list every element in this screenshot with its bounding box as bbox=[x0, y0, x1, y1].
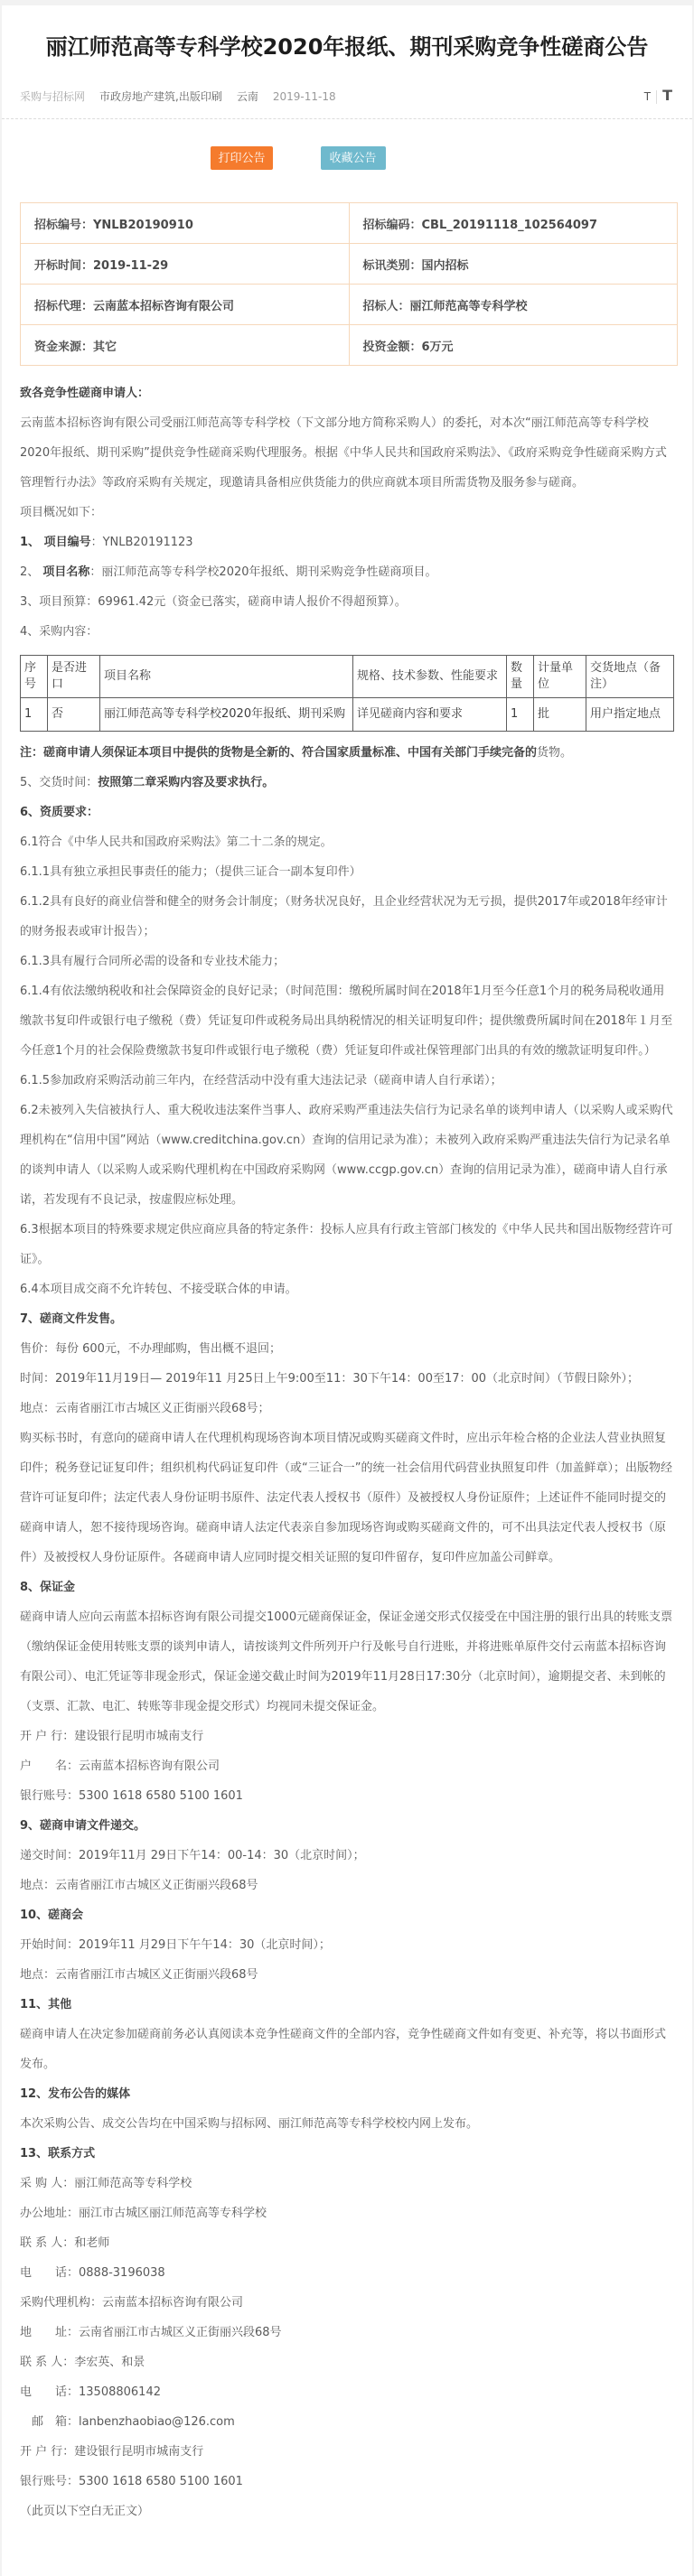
paragraph-text: 4、采购内容： bbox=[20, 625, 98, 639]
info-table-row: 开标时间：2019-11-29标讯类别：国内招标 bbox=[21, 244, 678, 285]
paragraph-text: 3、项目预算：69961.42元（资金已落实，磋商申请人报价不得超预算）。 bbox=[20, 595, 407, 609]
paragraph-text: 地点：云南省丽江市古城区义正街丽兴段68号 bbox=[20, 1879, 258, 1892]
breadcrumb-item[interactable]: 市政房地产建筑,出版印刷 bbox=[99, 90, 222, 103]
info-table-cell: 招标编码：CBL_20191118_102564097 bbox=[349, 203, 678, 244]
body-paragraph: 6.1.2具有良好的商业信誉和健全的财务会计制度；（财务状况良好，且企业经营状况… bbox=[20, 887, 674, 947]
paragraph-text: 6.3根据本项目的特殊要求规定供应商应具备的特定条件：投标人应具有行政主管部门核… bbox=[20, 1223, 673, 1266]
actions-wrap: 打印公告 收藏公告 bbox=[2, 146, 595, 170]
body-paragraph: 开 户 行：建设银行昆明市城南支行 bbox=[20, 1722, 674, 1751]
purchase-table-header-cell: 序号 bbox=[21, 656, 48, 698]
paragraph-bold-text: 10、磋商会 bbox=[20, 1909, 83, 1922]
page-title: 丽江师范高等专科学校2020年报纸、期刊采购竞争性磋商公告 bbox=[20, 33, 674, 61]
font-size-toggle: T T bbox=[644, 87, 672, 104]
info-cell-label: 招标编号： bbox=[34, 219, 93, 232]
paragraph-text: 地点：云南省丽江市古城区义正街丽兴段68号； bbox=[20, 1402, 270, 1415]
body-paragraph: 1、 项目编号：YNLB20191123 bbox=[20, 527, 674, 557]
paragraph-text: 售价：每份 600元，不办理邮购，售出概不退回； bbox=[20, 1342, 281, 1356]
body-paragraph: 采购代理机构：云南蓝本招标咨询有限公司 bbox=[20, 2288, 674, 2318]
paragraph-text: 6.2未被列入失信被执行人、重大税收违法案件当事人、政府采购严重违法失信行为记录… bbox=[20, 1104, 673, 1207]
body-paragraph: 6.1.3具有履行合同所必需的设备和专业技术能力； bbox=[20, 947, 674, 976]
paragraph-text: ：丽江师范高等专科学校2020年报纸、期刊采购竞争性磋商项目。 bbox=[89, 565, 436, 579]
purchase-table-cell: 1 bbox=[21, 698, 48, 732]
purchase-table-header-cell: 计量单位 bbox=[534, 656, 586, 698]
body-paragraph: 6.3根据本项目的特殊要求规定供应商应具备的特定条件：投标人应具有行政主管部门核… bbox=[20, 1215, 674, 1274]
body-paragraph: 联 系 人：李宏英、和景 bbox=[20, 2347, 674, 2377]
paragraph-text: 电 话：0888-3196038 bbox=[20, 2266, 165, 2280]
font-size-small-button[interactable]: T bbox=[644, 90, 657, 104]
purchase-table-header-cell: 数量 bbox=[507, 656, 534, 698]
info-cell-value: 6万元 bbox=[422, 341, 454, 354]
body-paragraph: 邮 箱：lanbenzhaobiao@126.com bbox=[20, 2407, 674, 2437]
info-table-body: 招标编号：YNLB20190910招标编码：CBL_20191118_10256… bbox=[21, 203, 678, 366]
purchase-table-cell: 否 bbox=[48, 698, 100, 732]
body-paragraph: 10、磋商会 bbox=[20, 1900, 674, 1930]
paragraph-bold-text: 注：磋商申请人须保证本项目中提供的货物是全新的、符合国家质量标准、中国有关部门手… bbox=[20, 746, 537, 760]
info-cell-label: 投资金额： bbox=[363, 341, 422, 354]
body-paragraph: 地点：云南省丽江市古城区义正街丽兴段68号 bbox=[20, 1960, 674, 1990]
body-paragraph: 6.2未被列入失信被执行人、重大税收违法案件当事人、政府采购严重违法失信行为记录… bbox=[20, 1096, 674, 1215]
breadcrumb-item[interactable]: 采购与招标网 bbox=[20, 90, 85, 103]
paragraph-text: 云南蓝本招标咨询有限公司受丽江师范高等专科学校（下文部分地方简称采购人）的委托，… bbox=[20, 416, 667, 490]
info-table-cell: 招标代理：云南蓝本招标咨询有限公司 bbox=[21, 285, 350, 325]
info-cell-value: CBL_20191118_102564097 bbox=[422, 219, 598, 232]
body-paragraph: 注：磋商申请人须保证本项目中提供的货物是全新的、符合国家质量标准、中国有关部门手… bbox=[20, 738, 674, 768]
paragraph-text: （此页以下空白无正文） bbox=[20, 2505, 149, 2518]
purchase-table-cell: 1 bbox=[507, 698, 534, 732]
info-table-cell: 资金来源：其它 bbox=[21, 325, 350, 366]
page-header: 丽江师范高等专科学校2020年报纸、期刊采购竞争性磋商公告 采购与招标网市政房地… bbox=[2, 5, 692, 119]
paragraph-bold-text: 11、其他 bbox=[20, 1998, 71, 2011]
body-paragraph: 购买标书时，有意向的磋商申请人在代理机构现场咨询本项目情况或购买磋商文件时，应出… bbox=[20, 1423, 674, 1573]
info-cell-value: 其它 bbox=[93, 341, 117, 354]
paragraph-text: 开 户 行：建设银行昆明市城南支行 bbox=[20, 2445, 203, 2459]
paragraph-text: 6.1.2具有良好的商业信誉和健全的财务会计制度；（财务状况良好，且企业经营状况… bbox=[20, 895, 668, 938]
body-paragraph: 13、联系方式 bbox=[20, 2139, 674, 2169]
paragraph-bold-text: 13、联系方式 bbox=[20, 2147, 95, 2161]
announcement-page: 丽江师范高等专科学校2020年报纸、期刊采购竞争性磋商公告 采购与招标网市政房地… bbox=[2, 5, 692, 2576]
body-paragraph: 6.1符合《中华人民共和国政府采购法》第二十二条的规定。 bbox=[20, 827, 674, 857]
body-paragraph: 办公地址：丽江市古城区丽江师范高等专科学校 bbox=[20, 2198, 674, 2228]
paragraph-text: 6.4本项目成交商不允许转包、不接受联合体的申请。 bbox=[20, 1283, 297, 1296]
paragraph-bold-text: 1、 项目编号 bbox=[20, 536, 91, 549]
body-paragraph: 项目概况如下： bbox=[20, 498, 674, 527]
paragraph-text: 2、 bbox=[20, 565, 42, 579]
paragraph-text: 本次采购公告、成交公告均在中国采购与招标网、丽江师范高等专科学校校内网上发布。 bbox=[20, 2117, 478, 2131]
body-paragraph: 6.1.5参加政府采购活动前三年内，在经营活动中没有重大违法记录（磋商申请人自行… bbox=[20, 1066, 674, 1096]
body-paragraph: 采 购 人：丽江师范高等专科学校 bbox=[20, 2169, 674, 2198]
info-cell-value: YNLB20190910 bbox=[93, 219, 193, 232]
paragraph-text: 办公地址：丽江市古城区丽江师范高等专科学校 bbox=[20, 2207, 267, 2220]
info-cell-label: 标讯类别： bbox=[363, 259, 422, 273]
info-cell-label: 招标人： bbox=[363, 300, 410, 313]
body-paragraph: 磋商申请人在决定参加磋商前务必认真阅读本竞争性磋商文件的全部内容，竞争性磋商文件… bbox=[20, 2020, 674, 2079]
purchase-table-cell: 用户指定地点 bbox=[586, 698, 674, 732]
paragraph-bold-text: 9、磋商申请文件递交。 bbox=[20, 1819, 145, 1833]
body-paragraph: 电 话：0888-3196038 bbox=[20, 2258, 674, 2288]
purchase-table-cell: 详见磋商内容和要求 bbox=[353, 698, 507, 732]
body-paragraph: 8、保证金 bbox=[20, 1573, 674, 1602]
body-paragraph: 开 户 行：建设银行昆明市城南支行 bbox=[20, 2437, 674, 2467]
info-cell-label: 招标代理： bbox=[34, 300, 93, 313]
print-announcement-button[interactable]: 打印公告 bbox=[211, 146, 272, 170]
purchase-table-cell: 丽江师范高等专科学校2020年报纸、期刊采购 bbox=[100, 698, 353, 732]
info-cell-value: 云南蓝本招标咨询有限公司 bbox=[93, 300, 234, 313]
meta-row: 采购与招标网市政房地产建筑,出版印刷云南2019-11-18 T T bbox=[20, 89, 674, 104]
tender-info-table: 招标编号：YNLB20190910招标编码：CBL_20191118_10256… bbox=[20, 202, 678, 366]
purchase-content-table: 序号是否进口项目名称规格、技术参数、性能要求数量计量单位交货地点（备注）1否丽江… bbox=[20, 655, 674, 732]
body-paragraph: 6.1.1具有独立承担民事责任的能力；（提供三证合一副本复印件） bbox=[20, 857, 674, 887]
body-paragraph: 户 名：云南蓝本招标咨询有限公司 bbox=[20, 1751, 674, 1781]
info-table-cell: 投资金额：6万元 bbox=[349, 325, 678, 366]
paragraph-text: 5、交货时间： bbox=[20, 776, 98, 789]
body-paragraph: 磋商申请人应向云南蓝本招标咨询有限公司提交1000元磋商保证金，保证金递交形式仅… bbox=[20, 1602, 674, 1722]
paragraph-text: 购买标书时，有意向的磋商申请人在代理机构现场咨询本项目情况或购买磋商文件时，应出… bbox=[20, 1432, 672, 1564]
bookmark-announcement-button[interactable]: 收藏公告 bbox=[321, 146, 386, 170]
paragraph-text: 地点：云南省丽江市古城区义正街丽兴段68号 bbox=[20, 1968, 258, 1982]
paragraph-bold-text: 7、磋商文件发售。 bbox=[20, 1312, 122, 1326]
paragraph-text: 户 名：云南蓝本招标咨询有限公司 bbox=[20, 1759, 220, 1773]
body-paragraph: 银行账号：5300 1618 6580 5100 1601 bbox=[20, 1781, 674, 1811]
paragraph-text: 采购代理机构：云南蓝本招标咨询有限公司 bbox=[20, 2296, 243, 2310]
info-table-row: 招标编号：YNLB20190910招标编码：CBL_20191118_10256… bbox=[21, 203, 678, 244]
info-cell-label: 招标编码： bbox=[363, 219, 422, 232]
body-paragraph: （此页以下空白无正文） bbox=[20, 2497, 674, 2526]
paragraph-text: 开始时间：2019年11 月29日下午午14：30（北京时间）； bbox=[20, 1938, 331, 1952]
info-table-cell: 标讯类别：国内招标 bbox=[349, 244, 678, 285]
body-paragraph: 6.1.4有依法缴纳税收和社会保障资金的良好记录；（时间范围：缴税所属时间在20… bbox=[20, 976, 674, 1066]
info-table-cell: 开标时间：2019-11-29 bbox=[21, 244, 350, 285]
paragraph-bold-text: 按照第二章采购内容及要求执行。 bbox=[98, 776, 274, 789]
info-table-row: 招标代理：云南蓝本招标咨询有限公司招标人：丽江师范高等专科学校 bbox=[21, 285, 678, 325]
paragraph-text: 递交时间：2019年11月 29日下午14：00-14：30（北京时间）； bbox=[20, 1849, 365, 1862]
body-paragraph: 地点：云南省丽江市古城区义正街丽兴段68号； bbox=[20, 1394, 674, 1423]
paragraph-text: 联 系 人：和老师 bbox=[20, 2236, 109, 2250]
info-cell-label: 资金来源： bbox=[34, 341, 93, 354]
breadcrumb-item: 2019-11-18 bbox=[273, 90, 336, 103]
paragraph-text: 6.1.5参加政府采购活动前三年内，在经营活动中没有重大违法记录（磋商申请人自行… bbox=[20, 1074, 502, 1087]
body-paragraph: 6、资质要求： bbox=[20, 798, 674, 827]
paragraph-text: 邮 箱：lanbenzhaobiao@126.com bbox=[20, 2415, 235, 2429]
body-paragraph: 电 话：13508806142 bbox=[20, 2377, 674, 2407]
purchase-table-header-cell: 项目名称 bbox=[100, 656, 353, 698]
paragraph-bold-text: 项目名称 bbox=[42, 565, 89, 579]
info-cell-value: 丽江师范高等专科学校 bbox=[410, 300, 528, 313]
body-paragraph: 7、磋商文件发售。 bbox=[20, 1304, 674, 1334]
purchase-table-header-row: 序号是否进口项目名称规格、技术参数、性能要求数量计量单位交货地点（备注） bbox=[21, 656, 674, 698]
body-paragraph: 售价：每份 600元，不办理邮购，售出概不退回； bbox=[20, 1334, 674, 1364]
body-paragraph: 地 址：云南省丽江市古城区义正街丽兴段68号 bbox=[20, 2318, 674, 2347]
info-table-cell: 招标编号：YNLB20190910 bbox=[21, 203, 350, 244]
body-paragraph: 云南蓝本招标咨询有限公司受丽江师范高等专科学校（下文部分地方简称采购人）的委托，… bbox=[20, 408, 674, 498]
paragraph-text: 采 购 人：丽江师范高等专科学校 bbox=[20, 2177, 192, 2190]
breadcrumb-item[interactable]: 云南 bbox=[237, 90, 258, 103]
info-cell-value: 2019-11-29 bbox=[93, 259, 168, 273]
body-paragraph: 3、项目预算：69961.42元（资金已落实，磋商申请人报价不得超预算）。 bbox=[20, 587, 674, 617]
paragraph-text: 磋商申请人应向云南蓝本招标咨询有限公司提交1000元磋商保证金，保证金递交形式仅… bbox=[20, 1610, 672, 1713]
breadcrumb: 采购与招标网市政房地产建筑,出版印刷云南2019-11-18 bbox=[20, 89, 351, 104]
purchase-table-header-cell: 规格、技术参数、性能要求 bbox=[353, 656, 507, 698]
paragraph-text: 银行账号：5300 1618 6580 5100 1601 bbox=[20, 1789, 243, 1803]
paragraph-text: 联 系 人：李宏英、和景 bbox=[20, 2356, 145, 2369]
paragraph-text: 银行账号：5300 1618 6580 5100 1601 bbox=[20, 2475, 243, 2488]
paragraph-text: ：YNLB20191123 bbox=[91, 536, 193, 549]
purchase-table-header-cell: 是否进口 bbox=[48, 656, 100, 698]
paragraph-text: 地 址：云南省丽江市古城区义正街丽兴段68号 bbox=[20, 2326, 282, 2339]
body-paragraph: 9、磋商申请文件递交。 bbox=[20, 1811, 674, 1841]
paragraph-text: 电 话：13508806142 bbox=[20, 2385, 161, 2399]
body-content: 致各竞争性磋商申请人：云南蓝本招标咨询有限公司受丽江师范高等专科学校（下文部分地… bbox=[2, 366, 692, 2526]
paragraph-text: 6.1符合《中华人民共和国政府采购法》第二十二条的规定。 bbox=[20, 835, 333, 849]
body-paragraph: 本次采购公告、成交公告均在中国采购与招标网、丽江师范高等专科学校校内网上发布。 bbox=[20, 2109, 674, 2139]
body-paragraph: 递交时间：2019年11月 29日下午14：00-14：30（北京时间）； bbox=[20, 1841, 674, 1871]
paragraph-text: 6.1.1具有独立承担民事责任的能力；（提供三证合一副本复印件） bbox=[20, 865, 361, 879]
info-cell-label: 开标时间： bbox=[34, 259, 93, 273]
purchase-table-cell: 批 bbox=[534, 698, 586, 732]
info-table-row: 资金来源：其它投资金额：6万元 bbox=[21, 325, 678, 366]
body-paragraph: 地点：云南省丽江市古城区义正街丽兴段68号 bbox=[20, 1871, 674, 1900]
paragraph-bold-text: 6、资质要求： bbox=[20, 806, 98, 819]
paragraph-text: 6.1.4有依法缴纳税收和社会保障资金的良好记录；（时间范围：缴税所属时间在20… bbox=[20, 985, 672, 1058]
body-paragraph: 2、 项目名称：丽江师范高等专科学校2020年报纸、期刊采购竞争性磋商项目。 bbox=[20, 557, 674, 587]
paragraph-text: 项目概况如下： bbox=[20, 506, 102, 519]
paragraph-text: 磋商申请人在决定参加磋商前务必认真阅读本竞争性磋商文件的全部内容，竞争性磋商文件… bbox=[20, 2028, 666, 2071]
body-paragraph: 4、采购内容： bbox=[20, 617, 674, 647]
action-buttons: 打印公告 收藏公告 bbox=[2, 146, 595, 170]
body-paragraph: 致各竞争性磋商申请人： bbox=[20, 378, 674, 408]
purchase-table-header-cell: 交货地点（备注） bbox=[586, 656, 674, 698]
info-table-cell: 招标人：丽江师范高等专科学校 bbox=[349, 285, 678, 325]
info-cell-value: 国内招标 bbox=[422, 259, 469, 273]
paragraph-bold-text: 致各竞争性磋商申请人： bbox=[20, 387, 149, 400]
body-paragraph: 时间：2019年11月19日— 2019年11 月25日上午9:00至11：30… bbox=[20, 1364, 674, 1394]
paragraph-text: 货物。 bbox=[537, 746, 572, 760]
body-paragraph: 11、其他 bbox=[20, 1990, 674, 2020]
paragraph-bold-text: 12、发布公告的媒体 bbox=[20, 2087, 130, 2101]
body-paragraph: 联 系 人：和老师 bbox=[20, 2228, 674, 2258]
body-paragraph: 6.4本项目成交商不允许转包、不接受联合体的申请。 bbox=[20, 1274, 674, 1304]
paragraph-text: 开 户 行：建设银行昆明市城南支行 bbox=[20, 1730, 203, 1743]
font-size-large-button[interactable]: T bbox=[657, 87, 672, 104]
body-paragraph: 银行账号：5300 1618 6580 5100 1601 bbox=[20, 2467, 674, 2497]
body-paragraph: 12、发布公告的媒体 bbox=[20, 2079, 674, 2109]
body-paragraph: 5、交货时间：按照第二章采购内容及要求执行。 bbox=[20, 768, 674, 798]
paragraph-bold-text: 8、保证金 bbox=[20, 1581, 75, 1594]
body-paragraph: 开始时间：2019年11 月29日下午午14：30（北京时间）； bbox=[20, 1930, 674, 1960]
paragraph-text: 时间：2019年11月19日— 2019年11 月25日上午9:00至11：30… bbox=[20, 1372, 639, 1386]
purchase-table-row: 1否丽江师范高等专科学校2020年报纸、期刊采购详见磋商内容和要求1批用户指定地… bbox=[21, 698, 674, 732]
paragraph-text: 6.1.3具有履行合同所必需的设备和专业技术能力； bbox=[20, 955, 285, 968]
